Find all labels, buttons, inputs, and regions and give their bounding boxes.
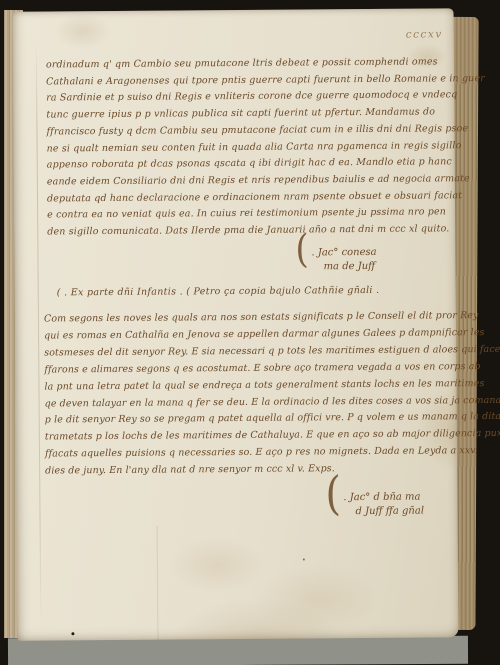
entry2-heading: ( . Ex parte dñi Infantis . ( Petro ça c… <box>57 285 380 299</box>
signature-line: d Juff ffa gñal <box>355 504 424 518</box>
signature-line: . Jac° conesa <box>311 246 376 260</box>
entry2-signature: ( . Jac° d bña ma d Juff ffa gñal <box>343 491 424 519</box>
text-line: ffacats aquelles puisions q necessaries … <box>45 443 459 463</box>
ink-speck <box>71 632 74 635</box>
entry1-signature: ( . Jac° conesa ma de Juff <box>311 246 376 274</box>
page-crease <box>157 526 159 641</box>
manuscript-page: cccxv ordinadum q' qm Cambio seu pmutaco… <box>13 8 459 640</box>
page-crease <box>36 42 42 627</box>
signature-flourish: ( <box>295 242 308 258</box>
signature-flourish: ( <box>325 487 341 503</box>
entry1-text: ordinadum q' qm Cambio seu pmutacone ltr… <box>46 54 452 241</box>
folio-number: cccxv <box>406 28 443 40</box>
signature-line: ma de Juff <box>323 259 376 273</box>
text-line: dies de juny. En l'any dla nat d nre sen… <box>45 460 459 480</box>
signature-line: . Jac° d bña ma <box>343 491 424 505</box>
photo-backdrop: cccxv ordinadum q' qm Cambio seu pmutaco… <box>0 0 500 665</box>
ink-speck <box>303 558 305 560</box>
text-line: den sigillo comunicata. Dats Ilerde pma … <box>47 221 452 241</box>
entry2-text: Com segons les noves les quals ara nos s… <box>44 308 459 480</box>
